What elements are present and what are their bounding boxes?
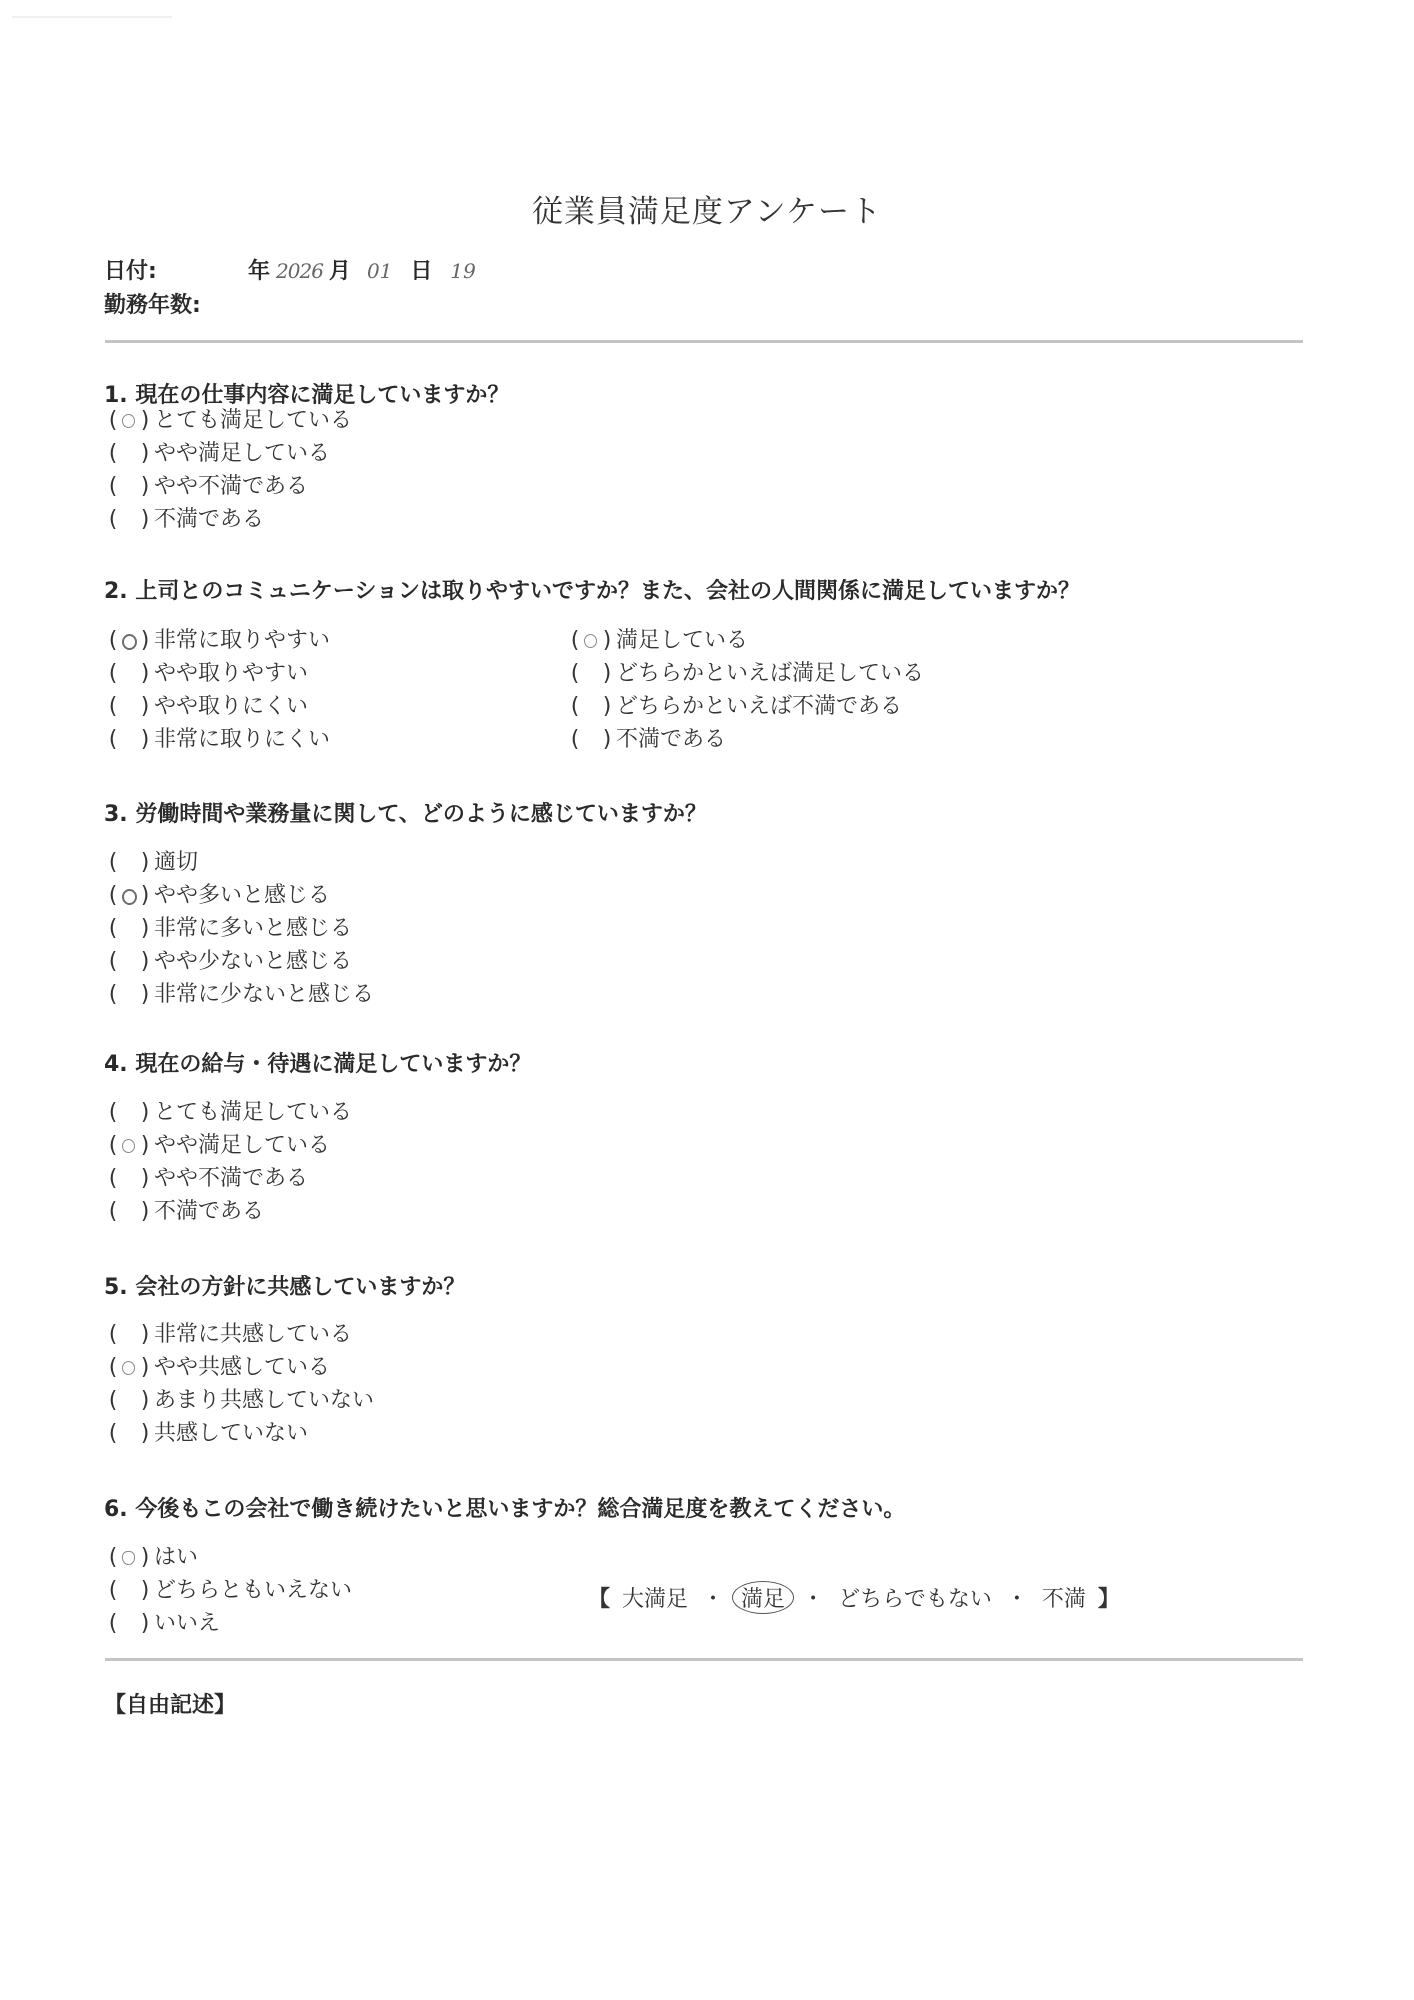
question-3-options: ()適切 ()やや多いと感じる ()非常に多いと感じる ()やや少ないと感じる … (104, 846, 374, 1011)
paren-open: ( (104, 657, 122, 690)
question-4-options: ()とても満足している ()やや満足している ()やや不満である ()不満である (104, 1096, 352, 1228)
divider-bottom (105, 1658, 1303, 1661)
q6-option-3-checkbox[interactable] (122, 1614, 136, 1634)
paren-open: ( (104, 1351, 122, 1384)
scale-option-dissatisfied[interactable]: 不満 (1040, 1582, 1088, 1613)
paren-close: ) (598, 723, 616, 756)
paren-open: ( (104, 846, 122, 879)
paren-open: ( (104, 1574, 122, 1607)
day-unit: 日 (410, 254, 432, 285)
paren-open: ( (104, 1541, 122, 1574)
year-value[interactable]: 2026 (276, 259, 323, 283)
free-text-label: 【自由記述】 (104, 1688, 236, 1719)
q2-right-option-3[interactable]: ()どちらかといえば不満である (566, 690, 924, 723)
month-unit: 月 (329, 254, 351, 285)
paren-close: ) (136, 1417, 154, 1450)
circle-mark-icon (584, 634, 597, 648)
q2-right-option-1[interactable]: ()満足している (566, 624, 924, 657)
option-label: やや不満である (154, 1162, 308, 1195)
option-label: やや少ないと感じる (154, 945, 352, 978)
option-label: やや共感している (154, 1351, 330, 1384)
scale-option-satisfied[interactable]: 満足 (732, 1581, 794, 1614)
q3-option-2-checkbox[interactable] (122, 886, 136, 906)
paren-close: ) (136, 912, 154, 945)
q1-option-4[interactable]: ()不満である (104, 503, 352, 536)
paren-close: ) (136, 1162, 154, 1195)
close-bracket: 】 (1098, 1582, 1120, 1613)
q4-option-2[interactable]: ()やや満足している (104, 1129, 352, 1162)
q2-right-option-2-checkbox[interactable] (584, 664, 598, 684)
paren-close: ) (136, 624, 154, 657)
paren-open: ( (104, 723, 122, 756)
paren-close: ) (136, 1129, 154, 1162)
paren-close: ) (136, 879, 154, 912)
overall-satisfaction-scale: 【 大満足 ・ 満足 ・ どちらでもない ・ 不満 】 (578, 1581, 1130, 1614)
open-bracket: 【 (588, 1582, 610, 1613)
paren-open: ( (104, 912, 122, 945)
q3-option-1[interactable]: ()適切 (104, 846, 374, 879)
paren-open: ( (104, 978, 122, 1011)
q4-option-4[interactable]: ()不満である (104, 1195, 352, 1228)
q5-option-3[interactable]: ()あまり共感していない (104, 1384, 374, 1417)
q5-option-1-checkbox[interactable] (122, 1325, 136, 1345)
q2-right-option-2[interactable]: ()どちらかといえば満足している (566, 657, 924, 690)
free-text-area[interactable] (104, 1730, 1302, 1950)
option-label: 満足している (616, 624, 748, 657)
question-4-title: 4. 現在の給与・待遇に満足していますか？ (104, 1047, 531, 1078)
option-label: どちらかといえば満足している (616, 657, 924, 690)
paren-close: ) (136, 1195, 154, 1228)
q2-left-option-2-checkbox[interactable] (122, 664, 136, 684)
paren-close: ) (598, 624, 616, 657)
option-label: 不満である (154, 1195, 264, 1228)
separator: ・ (702, 1582, 724, 1613)
q1-option-2[interactable]: ()やや満足している (104, 437, 352, 470)
paren-open: ( (104, 879, 122, 912)
q2-left-option-4[interactable]: ()非常に取りにくい (104, 723, 330, 756)
circle-mark-icon (122, 634, 137, 650)
q3-option-5-checkbox[interactable] (122, 985, 136, 1005)
paren-close: ) (136, 1351, 154, 1384)
paren-open: ( (104, 470, 122, 503)
paren-close: ) (136, 1607, 154, 1640)
paren-close: ) (136, 470, 154, 503)
option-label: やや不満である (154, 470, 308, 503)
option-label: あまり共感していない (154, 1384, 374, 1417)
paren-open: ( (104, 503, 122, 536)
q1-option-1-checkbox[interactable] (122, 411, 136, 431)
q4-option-4-checkbox[interactable] (122, 1202, 136, 1222)
option-label: やや満足している (154, 1129, 330, 1162)
option-label: 非常に共感している (154, 1318, 352, 1351)
paren-close: ) (136, 437, 154, 470)
q1-option-2-checkbox[interactable] (122, 444, 136, 464)
q5-option-4-checkbox[interactable] (122, 1424, 136, 1444)
month-value[interactable]: 01 (367, 259, 392, 283)
q6-option-3[interactable]: ()いいえ (104, 1607, 352, 1640)
question-5-options: ()非常に共感している ()やや共感している ()あまり共感していない ()共感… (104, 1318, 374, 1450)
option-label: 適切 (154, 846, 198, 879)
paren-close: ) (136, 978, 154, 1011)
q1-option-3[interactable]: ()やや不満である (104, 470, 352, 503)
circle-mark-icon (122, 414, 135, 428)
paren-open: ( (104, 624, 122, 657)
date-field[interactable]: 年 2026 月 01 日 19 (248, 254, 486, 285)
paren-open: ( (104, 945, 122, 978)
q3-option-3[interactable]: ()非常に多いと感じる (104, 912, 374, 945)
paren-close: ) (136, 1541, 154, 1574)
paren-close: ) (598, 657, 616, 690)
paren-close: ) (136, 690, 154, 723)
years-of-service-label: 勤務年数: (104, 288, 201, 319)
option-label: 非常に少ないと感じる (154, 978, 374, 1011)
q2-right-option-3-checkbox[interactable] (584, 697, 598, 717)
paren-open: ( (566, 690, 584, 723)
year-unit: 年 (248, 254, 270, 285)
survey-page: 従業員満足度アンケート 日付: 年 2026 月 01 日 19 勤務年数: 1… (0, 0, 1414, 2000)
circle-mark-icon (122, 889, 137, 905)
scale-option-neutral[interactable]: どちらでもない (836, 1582, 994, 1613)
date-label: 日付: (104, 254, 157, 285)
option-label: 不満である (154, 503, 264, 536)
q3-option-1-checkbox[interactable] (122, 853, 136, 873)
paren-close: ) (598, 690, 616, 723)
option-label: 非常に多いと感じる (154, 912, 352, 945)
paren-close: ) (136, 1574, 154, 1607)
paren-close: ) (136, 1318, 154, 1351)
q4-option-3[interactable]: ()やや不満である (104, 1162, 352, 1195)
q2-right-option-1-checkbox[interactable] (584, 631, 598, 651)
paren-open: ( (104, 1162, 122, 1195)
paren-close: ) (136, 657, 154, 690)
q6-option-1-checkbox[interactable] (122, 1548, 136, 1568)
q2-right-option-4[interactable]: ()不満である (566, 723, 924, 756)
option-label: はい (154, 1541, 198, 1574)
circle-mark-icon (122, 1361, 135, 1375)
q5-option-3-checkbox[interactable] (122, 1391, 136, 1411)
q5-option-4[interactable]: ()共感していない (104, 1417, 374, 1450)
q2-left-option-3[interactable]: ()やや取りにくい (104, 690, 330, 723)
divider-top (105, 340, 1303, 343)
q6-option-2-checkbox[interactable] (122, 1581, 136, 1601)
q2-left-option-1-checkbox[interactable] (122, 631, 136, 651)
q3-option-2[interactable]: ()やや多いと感じる (104, 879, 374, 912)
option-label: 非常に取りやすい (154, 624, 330, 657)
q2-left-option-1[interactable]: ()非常に取りやすい (104, 624, 330, 657)
scan-artifact (12, 16, 172, 18)
paren-open: ( (104, 1096, 122, 1129)
option-label: とても満足している (154, 404, 352, 437)
paren-close: ) (136, 1384, 154, 1417)
option-label: 不満である (616, 723, 726, 756)
question-2-options-right: ()満足している ()どちらかといえば満足している ()どちらかといえば不満であ… (566, 624, 924, 756)
paren-close: ) (136, 503, 154, 536)
paren-close: ) (136, 723, 154, 756)
paren-open: ( (104, 1607, 122, 1640)
page-title: 従業員満足度アンケート (0, 186, 1414, 231)
q4-option-2-checkbox[interactable] (122, 1136, 136, 1156)
q2-left-option-2[interactable]: ()やや取りやすい (104, 657, 330, 690)
paren-open: ( (104, 1129, 122, 1162)
q3-option-4-checkbox[interactable] (122, 952, 136, 972)
paren-open: ( (566, 624, 584, 657)
paren-close: ) (136, 1096, 154, 1129)
paren-open: ( (104, 1417, 122, 1450)
q3-option-5[interactable]: ()非常に少ないと感じる (104, 978, 374, 1011)
day-value[interactable]: 19 (450, 259, 475, 283)
q1-option-4-checkbox[interactable] (122, 510, 136, 530)
option-label: どちらかといえば不満である (616, 690, 902, 723)
question-2-options-left: ()非常に取りやすい ()やや取りやすい ()やや取りにくい ()非常に取りにく… (104, 624, 330, 756)
paren-open: ( (104, 1384, 122, 1417)
separator: ・ (1006, 1582, 1028, 1613)
q3-option-4[interactable]: ()やや少ないと感じる (104, 945, 374, 978)
option-label: いいえ (154, 1607, 220, 1640)
question-6-title: 6. 今後もこの会社で働き続けたいと思いますか？総合満足度を教えてください。 (104, 1492, 905, 1523)
option-label: 共感していない (154, 1417, 308, 1450)
paren-open: ( (566, 723, 584, 756)
option-label: やや満足している (154, 437, 330, 470)
question-6-options: ()はい ()どちらともいえない ()いいえ (104, 1541, 352, 1640)
paren-open: ( (104, 437, 122, 470)
q5-option-2[interactable]: ()やや共感している (104, 1351, 374, 1384)
scale-option-very-satisfied[interactable]: 大満足 (620, 1582, 690, 1613)
paren-close: ) (136, 404, 154, 437)
q2-left-option-4-checkbox[interactable] (122, 730, 136, 750)
option-label: やや多いと感じる (154, 879, 330, 912)
option-label: 非常に取りにくい (154, 723, 330, 756)
q3-option-3-checkbox[interactable] (122, 919, 136, 939)
q1-option-3-checkbox[interactable] (122, 477, 136, 497)
paren-open: ( (104, 690, 122, 723)
option-label: どちらともいえない (154, 1574, 352, 1607)
q4-option-3-checkbox[interactable] (122, 1169, 136, 1189)
circle-mark-icon (122, 1139, 135, 1153)
paren-close: ) (136, 846, 154, 879)
paren-open: ( (104, 404, 122, 437)
option-label: やや取りにくい (154, 690, 308, 723)
option-label: やや取りやすい (154, 657, 308, 690)
heart-mark-icon (122, 1551, 135, 1565)
question-3-title: 3. 労働時間や業務量に関して、どのように感じていますか？ (104, 797, 707, 828)
paren-open: ( (104, 1318, 122, 1351)
q1-option-1[interactable]: ()とても満足している (104, 404, 352, 437)
q2-left-option-3-checkbox[interactable] (122, 697, 136, 717)
paren-open: ( (104, 1195, 122, 1228)
separator: ・ (802, 1582, 824, 1613)
option-label: とても満足している (154, 1096, 352, 1129)
q5-option-1[interactable]: ()非常に共感している (104, 1318, 374, 1351)
q5-option-2-checkbox[interactable] (122, 1358, 136, 1378)
question-1-options: ()とても満足している ()やや満足している ()やや不満である ()不満である (104, 404, 352, 536)
paren-close: ) (136, 945, 154, 978)
q4-option-1[interactable]: ()とても満足している (104, 1096, 352, 1129)
q2-right-option-4-checkbox[interactable] (584, 730, 598, 750)
q6-option-2[interactable]: ()どちらともいえない (104, 1574, 352, 1607)
paren-open: ( (566, 657, 584, 690)
q6-option-1[interactable]: ()はい (104, 1541, 352, 1574)
question-2-title: 2. 上司とのコミュニケーションは取りやすいですか？また、会社の人間関係に満足し… (104, 574, 1080, 605)
q4-option-1-checkbox[interactable] (122, 1103, 136, 1123)
question-5-title: 5. 会社の方針に共感していますか？ (104, 1270, 465, 1301)
